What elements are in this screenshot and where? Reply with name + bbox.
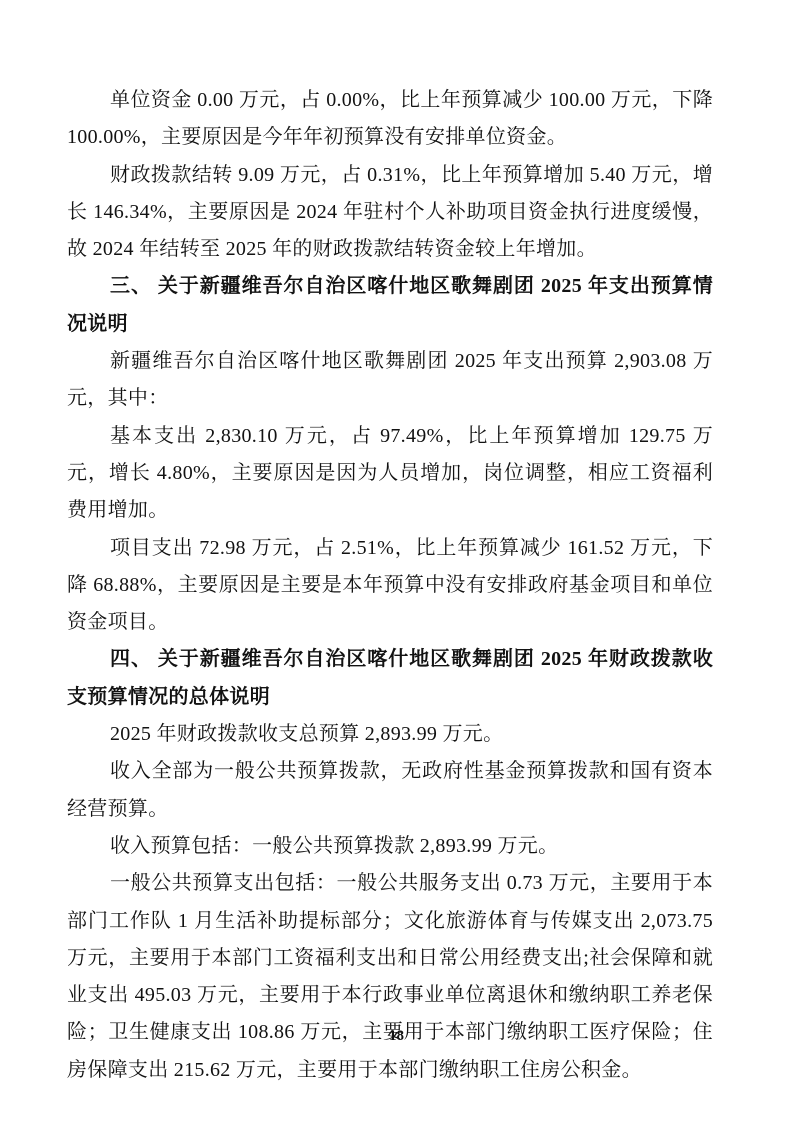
section-heading: 四、 关于新疆维吾尔自治区喀什地区歌舞剧团 2025 年财政拨款收支预算情况的总…	[67, 641, 713, 716]
body-paragraph: 收入全部为一般公共预算拨款，无政府性基金预算拨款和国有资本经营预算。	[67, 753, 713, 828]
page-number: 18	[0, 1028, 793, 1045]
body-paragraph: 一般公共预算支出包括：一般公共服务支出 0.73 万元，主要用于本部门工作队 1…	[67, 865, 713, 1089]
body-paragraph: 2025 年财政拨款收支总预算 2,893.99 万元。	[67, 716, 713, 753]
body-paragraph: 单位资金 0.00 万元，占 0.00%，比上年预算减少 100.00 万元，下…	[67, 82, 713, 157]
body-paragraph: 新疆维吾尔自治区喀什地区歌舞剧团 2025 年支出预算 2,903.08 万元，…	[67, 343, 713, 418]
document-page: 单位资金 0.00 万元，占 0.00%，比上年预算减少 100.00 万元，下…	[0, 0, 793, 1122]
section-heading: 三、 关于新疆维吾尔自治区喀什地区歌舞剧团 2025 年支出预算情况说明	[67, 268, 713, 343]
body-paragraph: 基本支出 2,830.10 万元，占 97.49%，比上年预算增加 129.75…	[67, 418, 713, 530]
document-body: 单位资金 0.00 万元，占 0.00%，比上年预算减少 100.00 万元，下…	[67, 82, 713, 1089]
body-paragraph: 收入预算包括：一般公共预算拨款 2,893.99 万元。	[67, 828, 713, 865]
body-paragraph: 财政拨款结转 9.09 万元，占 0.31%，比上年预算增加 5.40 万元，增…	[67, 157, 713, 269]
body-paragraph: 项目支出 72.98 万元，占 2.51%，比上年预算减少 161.52 万元，…	[67, 530, 713, 642]
